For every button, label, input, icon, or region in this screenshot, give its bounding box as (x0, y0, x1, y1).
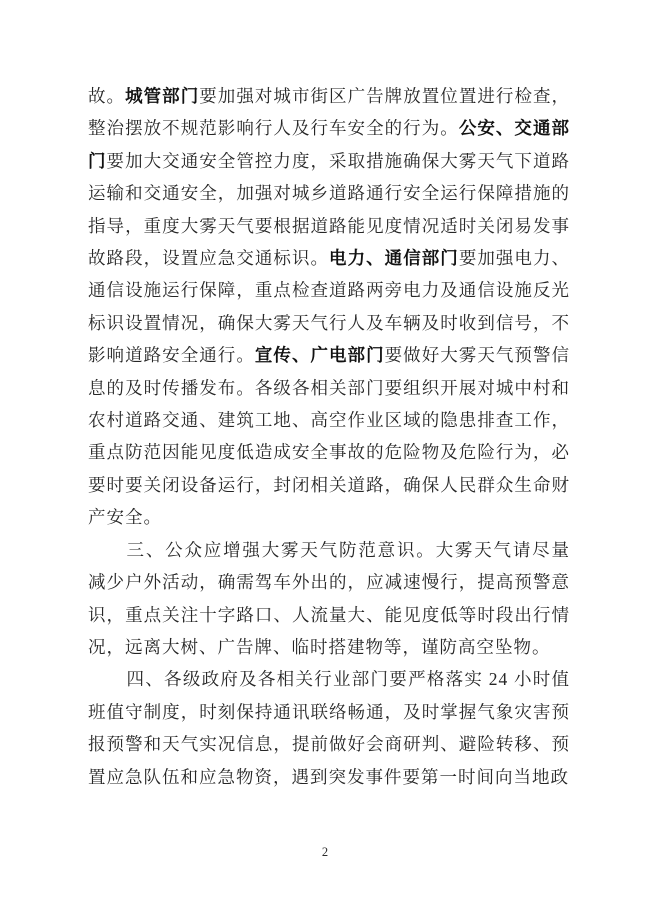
paragraph: 四、各级政府及各相关行业部门要严格落实 24 小时值班值守制度，时刻保持通讯联络… (88, 663, 570, 793)
department-emphasis: 宣传、广电部门 (255, 345, 385, 365)
department-emphasis: 电力、通信部门 (329, 248, 459, 268)
paragraph: 故。城管部门要加强对城市街区广告牌放置位置进行检查，整治摆放不规范影响行人及行车… (88, 80, 570, 534)
document-page: 故。城管部门要加强对城市街区广告牌放置位置进行检查，整治摆放不规范影响行人及行车… (0, 0, 650, 919)
paragraph: 三、公众应增强大雾天气防范意识。大雾天气请尽量减少户外活动，确需驾车外出的，应减… (88, 534, 570, 664)
text-run: 三、公众应增强大雾天气防范意识。大雾天气请尽量减少户外活动，确需驾车外出的，应减… (88, 540, 570, 657)
document-body: 故。城管部门要加强对城市街区广告牌放置位置进行检查，整治摆放不规范影响行人及行车… (88, 80, 570, 793)
text-run: 四、各级政府及各相关行业部门要严格落实 24 小时值班值守制度，时刻保持通讯联络… (88, 669, 570, 786)
department-emphasis: 城管部门 (125, 86, 199, 106)
page-number: 2 (0, 845, 650, 860)
text-run: 要做好大雾天气预警信息的及时传播发布。各级各相关部门要组织开展对城中村和农村道路… (88, 345, 570, 527)
text-run: 故。 (88, 86, 125, 106)
